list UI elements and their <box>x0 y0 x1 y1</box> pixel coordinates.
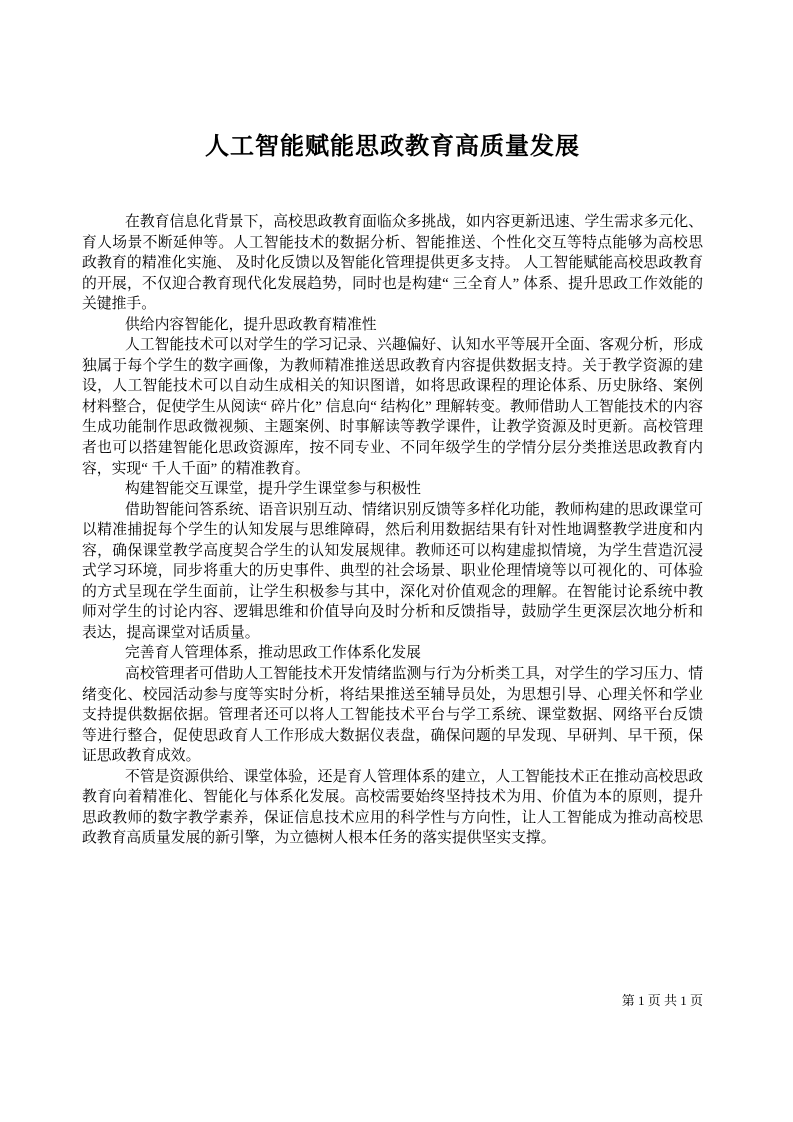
document-page: 人工智能赋能思政教育高质量发展 在教育信息化背景下，高校思政教育面临众多挑战，如… <box>0 0 793 1122</box>
section-heading-content-supply: 供给内容智能化，提升思政教育精准性 <box>82 315 703 336</box>
paragraph-intro: 在教育信息化背景下，高校思政教育面临众多挑战，如内容更新迅速、学生需求多元化、育… <box>82 212 703 315</box>
paragraph-interactive-classroom: 借助智能问答系统、语音识别互动、情绪识别反馈等多样化功能，教师构建的思政课堂可以… <box>82 500 703 644</box>
paragraph-content-supply: 人工智能技术可以对学生的学习记录、兴趣偏好、认知水平等展开全面、客观分析，形成独… <box>82 335 703 479</box>
section-heading-management-system: 完善育人管理体系，推动思政工作体系化发展 <box>82 643 703 664</box>
document-content: 人工智能赋能思政教育高质量发展 在教育信息化背景下，高校思政教育面临众多挑战，如… <box>82 0 703 849</box>
page-number-footer: 第 1 页 共 1 页 <box>622 993 703 1009</box>
paragraph-management-system: 高校管理者可借助人工智能技术开发情绪监测与行为分析类工具，对学生的学习压力、情绪… <box>82 664 703 767</box>
paragraph-conclusion: 不管是资源供给、课堂体验，还是育人管理体系的建立，人工智能技术正在推动高校思政教… <box>82 767 703 849</box>
document-title: 人工智能赋能思政教育高质量发展 <box>82 131 703 163</box>
section-heading-interactive-classroom: 构建智能交互课堂，提升学生课堂参与积极性 <box>82 479 703 500</box>
